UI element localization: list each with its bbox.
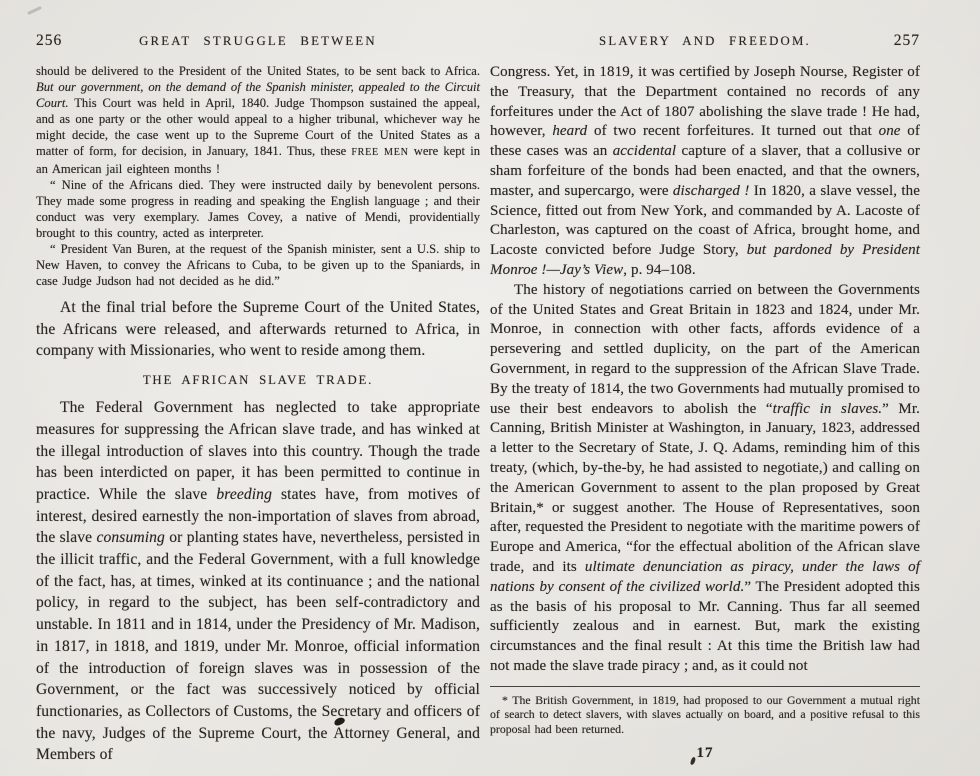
section-heading: THE AFRICAN SLAVE TRADE. [36, 373, 480, 388]
page-right: SLAVERY AND FREEDOM. 257 Congress. Yet, … [490, 32, 920, 762]
text-run: * The British Government, in 1819, had p… [490, 693, 920, 736]
running-head-row-right: SLAVERY AND FREEDOM. 257 [490, 32, 920, 50]
text-run: , p. 94–108. [623, 262, 695, 278]
paragraph: Congress. Yet, in 1819, it was certified… [490, 63, 920, 281]
text-run: discharged ! [673, 183, 750, 199]
running-head-row-left: 256 GREAT STRUGGLE BETWEEN [36, 32, 480, 50]
text-run: The history of negotiations carried on b… [490, 282, 920, 417]
page-left: 256 GREAT STRUGGLE BETWEEN should be del… [36, 32, 480, 766]
text-run: accidental [613, 143, 676, 159]
text-run: ” Mr. Canning, British Minister at Washi… [490, 401, 920, 575]
running-head-left: GREAT STRUGGLE BETWEEN [98, 34, 418, 49]
text-run: THE AFRICAN SLAVE TRADE. [143, 373, 373, 387]
text-run: 17 [697, 745, 714, 761]
paragraph: The history of negotiations carried on b… [490, 281, 920, 677]
page-left-body: should be delivered to the President of … [36, 63, 480, 766]
paragraph: “ President Van Buren, at the request of… [36, 241, 480, 289]
page-number-left: 256 [36, 32, 98, 50]
scan-background: { "scan": { "paper_color": "#e8e6e1", "i… [0, 0, 980, 776]
text-run: heard [552, 123, 587, 139]
paragraph: The Federal Government has neglected to … [36, 397, 480, 766]
scan-scratch [27, 6, 42, 15]
text-run: “ Nine of the Africans died. They were i… [36, 178, 480, 240]
text-run: should be delivered to the President of … [36, 64, 480, 78]
paragraph: At the final trial before the Supreme Co… [36, 297, 480, 362]
text-run: “ President Van Buren, at the request of… [36, 242, 480, 288]
text-run: FREE MEN [351, 147, 408, 158]
text-run: consuming [96, 529, 164, 546]
footnote-rule [490, 686, 920, 687]
text-run: one [879, 123, 901, 139]
signature-number: 17 [490, 745, 920, 762]
page-right-body: Congress. Yet, in 1819, it was certified… [490, 63, 920, 762]
footnote: * The British Government, in 1819, had p… [490, 693, 920, 736]
text-run: or planting states have, nevertheless, p… [36, 529, 480, 763]
text-run: At the final trial before the Supreme Co… [36, 299, 480, 359]
text-run: breeding [216, 486, 272, 503]
text-run: traffic in slaves. [773, 401, 882, 417]
running-head-right: SLAVERY AND FREEDOM. [552, 34, 858, 49]
paragraph: “ Nine of the Africans died. They were i… [36, 177, 480, 241]
page-number-right: 257 [858, 32, 920, 50]
paragraph: should be delivered to the President of … [36, 63, 480, 177]
text-run: of two recent forfeitures. It turned out… [587, 123, 878, 139]
